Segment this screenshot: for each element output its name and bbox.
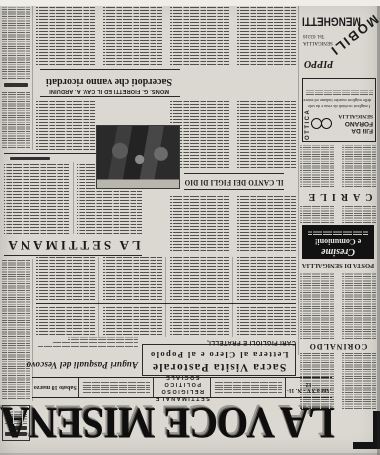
scan-corner-mark [350, 409, 380, 449]
masthead-info-strip: Anno XV - N. 11-12 SETTIMANALE RELIGIOSO… [32, 377, 332, 398]
ad-mobili: MOBILI PIPPO SENIGALLIA Tel. 63316 MENGH… [302, 7, 376, 73]
sacerdoti-kicker: MONS. G. FIORETTI ED IL CAV. A. ARDUINI [43, 88, 175, 94]
headline-rule [184, 173, 284, 174]
column-rule [298, 5, 299, 355]
ad-ottica-slogan1: I migliori occhiali da vista e da sole [307, 103, 372, 109]
weekly-type-line: SETTIMANALE RELIGIOSO POLITICO SOCIALE [154, 378, 210, 397]
column-rule [32, 5, 33, 150]
text-block [2, 7, 30, 79]
ad-ottica: F.lli DA FORANO SENIGALLIA OTTICA I migl… [302, 78, 376, 142]
lead-headline-box: Sacra Visita Pastorale Lettera al Clero … [142, 344, 296, 376]
ad-mobili-phone: Tel. 63316 [303, 33, 324, 38]
section-rule [4, 255, 142, 256]
ad-cresime-line1: Cresime [302, 246, 374, 257]
easter-headline: Auguri Pasquali del Vescovo [34, 360, 138, 370]
section-header-carile: CARILE [300, 191, 376, 202]
lead-subheadline: Lettera al Clero e al Popolo [143, 349, 295, 360]
lead-salutation: CARI FIGLIOLI E FRATELLI, [146, 339, 296, 345]
text-block [170, 100, 296, 168]
text-block [300, 353, 376, 409]
scan-edge [0, 0, 380, 6]
text-block [36, 307, 296, 335]
text-block [36, 100, 95, 150]
rail-ad-box [2, 405, 30, 441]
ad-ottica-brand: F.lli DA FORANO [332, 120, 373, 135]
article-photo [96, 125, 180, 189]
section-rule [36, 303, 296, 304]
text-block [36, 257, 296, 300]
newspaper-page: LA VOCE MISENA Anno XV - N. 11-12 SETTIM… [0, 0, 380, 455]
masthead-title: LA VOCE MISENA [35, 398, 335, 447]
column-rule [32, 259, 33, 401]
column-rule [232, 257, 233, 337]
column-rule [98, 257, 99, 337]
text-block [170, 195, 296, 251]
ad-cresime-line2: e Comunioni! [302, 237, 374, 246]
text-block [36, 5, 296, 65]
lead-headline: Sacra Visita Pastorale [143, 360, 295, 373]
text-block [2, 92, 30, 148]
column-rule [73, 162, 74, 234]
eyeglasses-icon [311, 119, 332, 130]
text-block [2, 259, 30, 399]
administration-box [210, 378, 286, 397]
issue-date: Sabato 18 marzo [32, 378, 78, 397]
text-block [300, 273, 376, 339]
ad-mobili-surname: MENGHETTI [302, 14, 361, 27]
section-header-corinaldo: CORINALDO [300, 342, 376, 351]
ad-mobili-first-name: PIPPO [304, 58, 333, 69]
easter-salutation-lines [38, 337, 138, 347]
ad-ottica-shop: OTTICA [305, 108, 311, 139]
rail-mini-header [4, 83, 28, 87]
section-header-posta: POSTA DI SENIGALLIA [300, 262, 376, 269]
subscription-box [78, 378, 154, 397]
sacerdoti-headline: Sacerdoti che vanno ricordati [40, 76, 179, 87]
weekly-type-1: SETTIMANALE RELIGIOSO [154, 388, 210, 402]
week-headline: LA SETTIMANA [4, 237, 142, 253]
ad-mobili-city: SENIGALLIA [303, 40, 333, 45]
headline-rule [184, 189, 284, 190]
ad-cresime: Cresime e Comunioni! [302, 225, 374, 259]
text-block [300, 205, 376, 223]
headline-rule [40, 69, 180, 70]
week-byline [10, 157, 50, 160]
ad-ottica-slogan2: delle migliori marche italiane ed estere [307, 98, 372, 104]
text-block [300, 145, 376, 187]
ad-ottica-city: SENIGALLIA [332, 114, 373, 120]
column-rule [165, 257, 166, 337]
canto-headline: IL CANTO DEI FIGLI DI DIO [179, 178, 288, 187]
headline-rule [40, 96, 180, 97]
newspaper-scan: LA VOCE MISENA Anno XV - N. 11-12 SETTIM… [0, 0, 380, 455]
